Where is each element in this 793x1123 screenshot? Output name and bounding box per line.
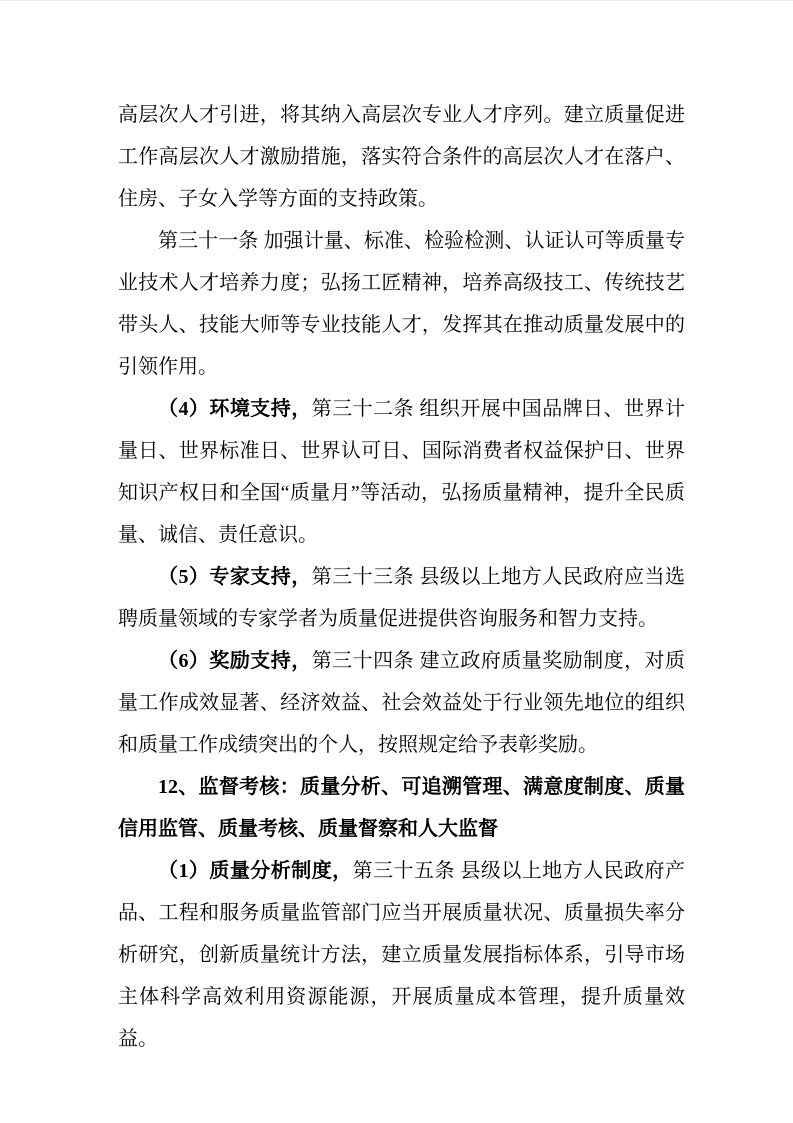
bold-text-run: （4）环境支持， — [158, 398, 312, 420]
text-run: 第三十二条 组织开展中国品牌日、世界计量日、世界标准日、世界认可日、国际消费者权… — [118, 398, 685, 546]
bold-text-run: （5）专家支持， — [158, 566, 312, 588]
paragraph: 12、监督考核：质量分析、可追溯管理、满意度制度、质量信用监管、质量考核、质量督… — [118, 766, 685, 850]
bold-text-run: （6）奖励支持， — [158, 650, 312, 672]
paragraph: 高层次人才引进，将其纳入高层次专业人才序列。建立质量促进工作高层次人才激励措施，… — [118, 94, 685, 220]
text-run: 第三十五条 县级以上地方人民政府产品、工程和服务质量监管部门应当开展质量状况、质… — [118, 860, 685, 1050]
text-run: 高层次人才引进，将其纳入高层次专业人才序列。建立质量促进工作高层次人才激励措施，… — [118, 104, 685, 210]
paragraph: （1）质量分析制度，第三十五条 县级以上地方人民政府产品、工程和服务质量监管部门… — [118, 850, 685, 1060]
paragraph: 第三十一条 加强计量、标准、检验检测、认证认可等质量专业技术人才培养力度；弘扬工… — [118, 220, 685, 388]
text-run: 第三十一条 加强计量、标准、检验检测、认证认可等质量专业技术人才培养力度；弘扬工… — [118, 230, 685, 378]
paragraph: （6）奖励支持，第三十四条 建立政府质量奖励制度，对质量工作成效显著、经济效益、… — [118, 640, 685, 766]
document-body: 高层次人才引进，将其纳入高层次专业人才序列。建立质量促进工作高层次人才激励措施，… — [118, 94, 685, 1060]
bold-text-run: （1）质量分析制度， — [158, 860, 353, 882]
paragraph: （5）专家支持，第三十三条 县级以上地方人民政府应当选聘质量领域的专家学者为质量… — [118, 556, 685, 640]
bold-text-run: 12、监督考核：质量分析、可追溯管理、满意度制度、质量信用监管、质量考核、质量督… — [118, 776, 685, 840]
paragraph: （4）环境支持，第三十二条 组织开展中国品牌日、世界计量日、世界标准日、世界认可… — [118, 388, 685, 556]
document-page: 高层次人才引进，将其纳入高层次专业人才序列。建立质量促进工作高层次人才激励措施，… — [0, 0, 793, 1123]
